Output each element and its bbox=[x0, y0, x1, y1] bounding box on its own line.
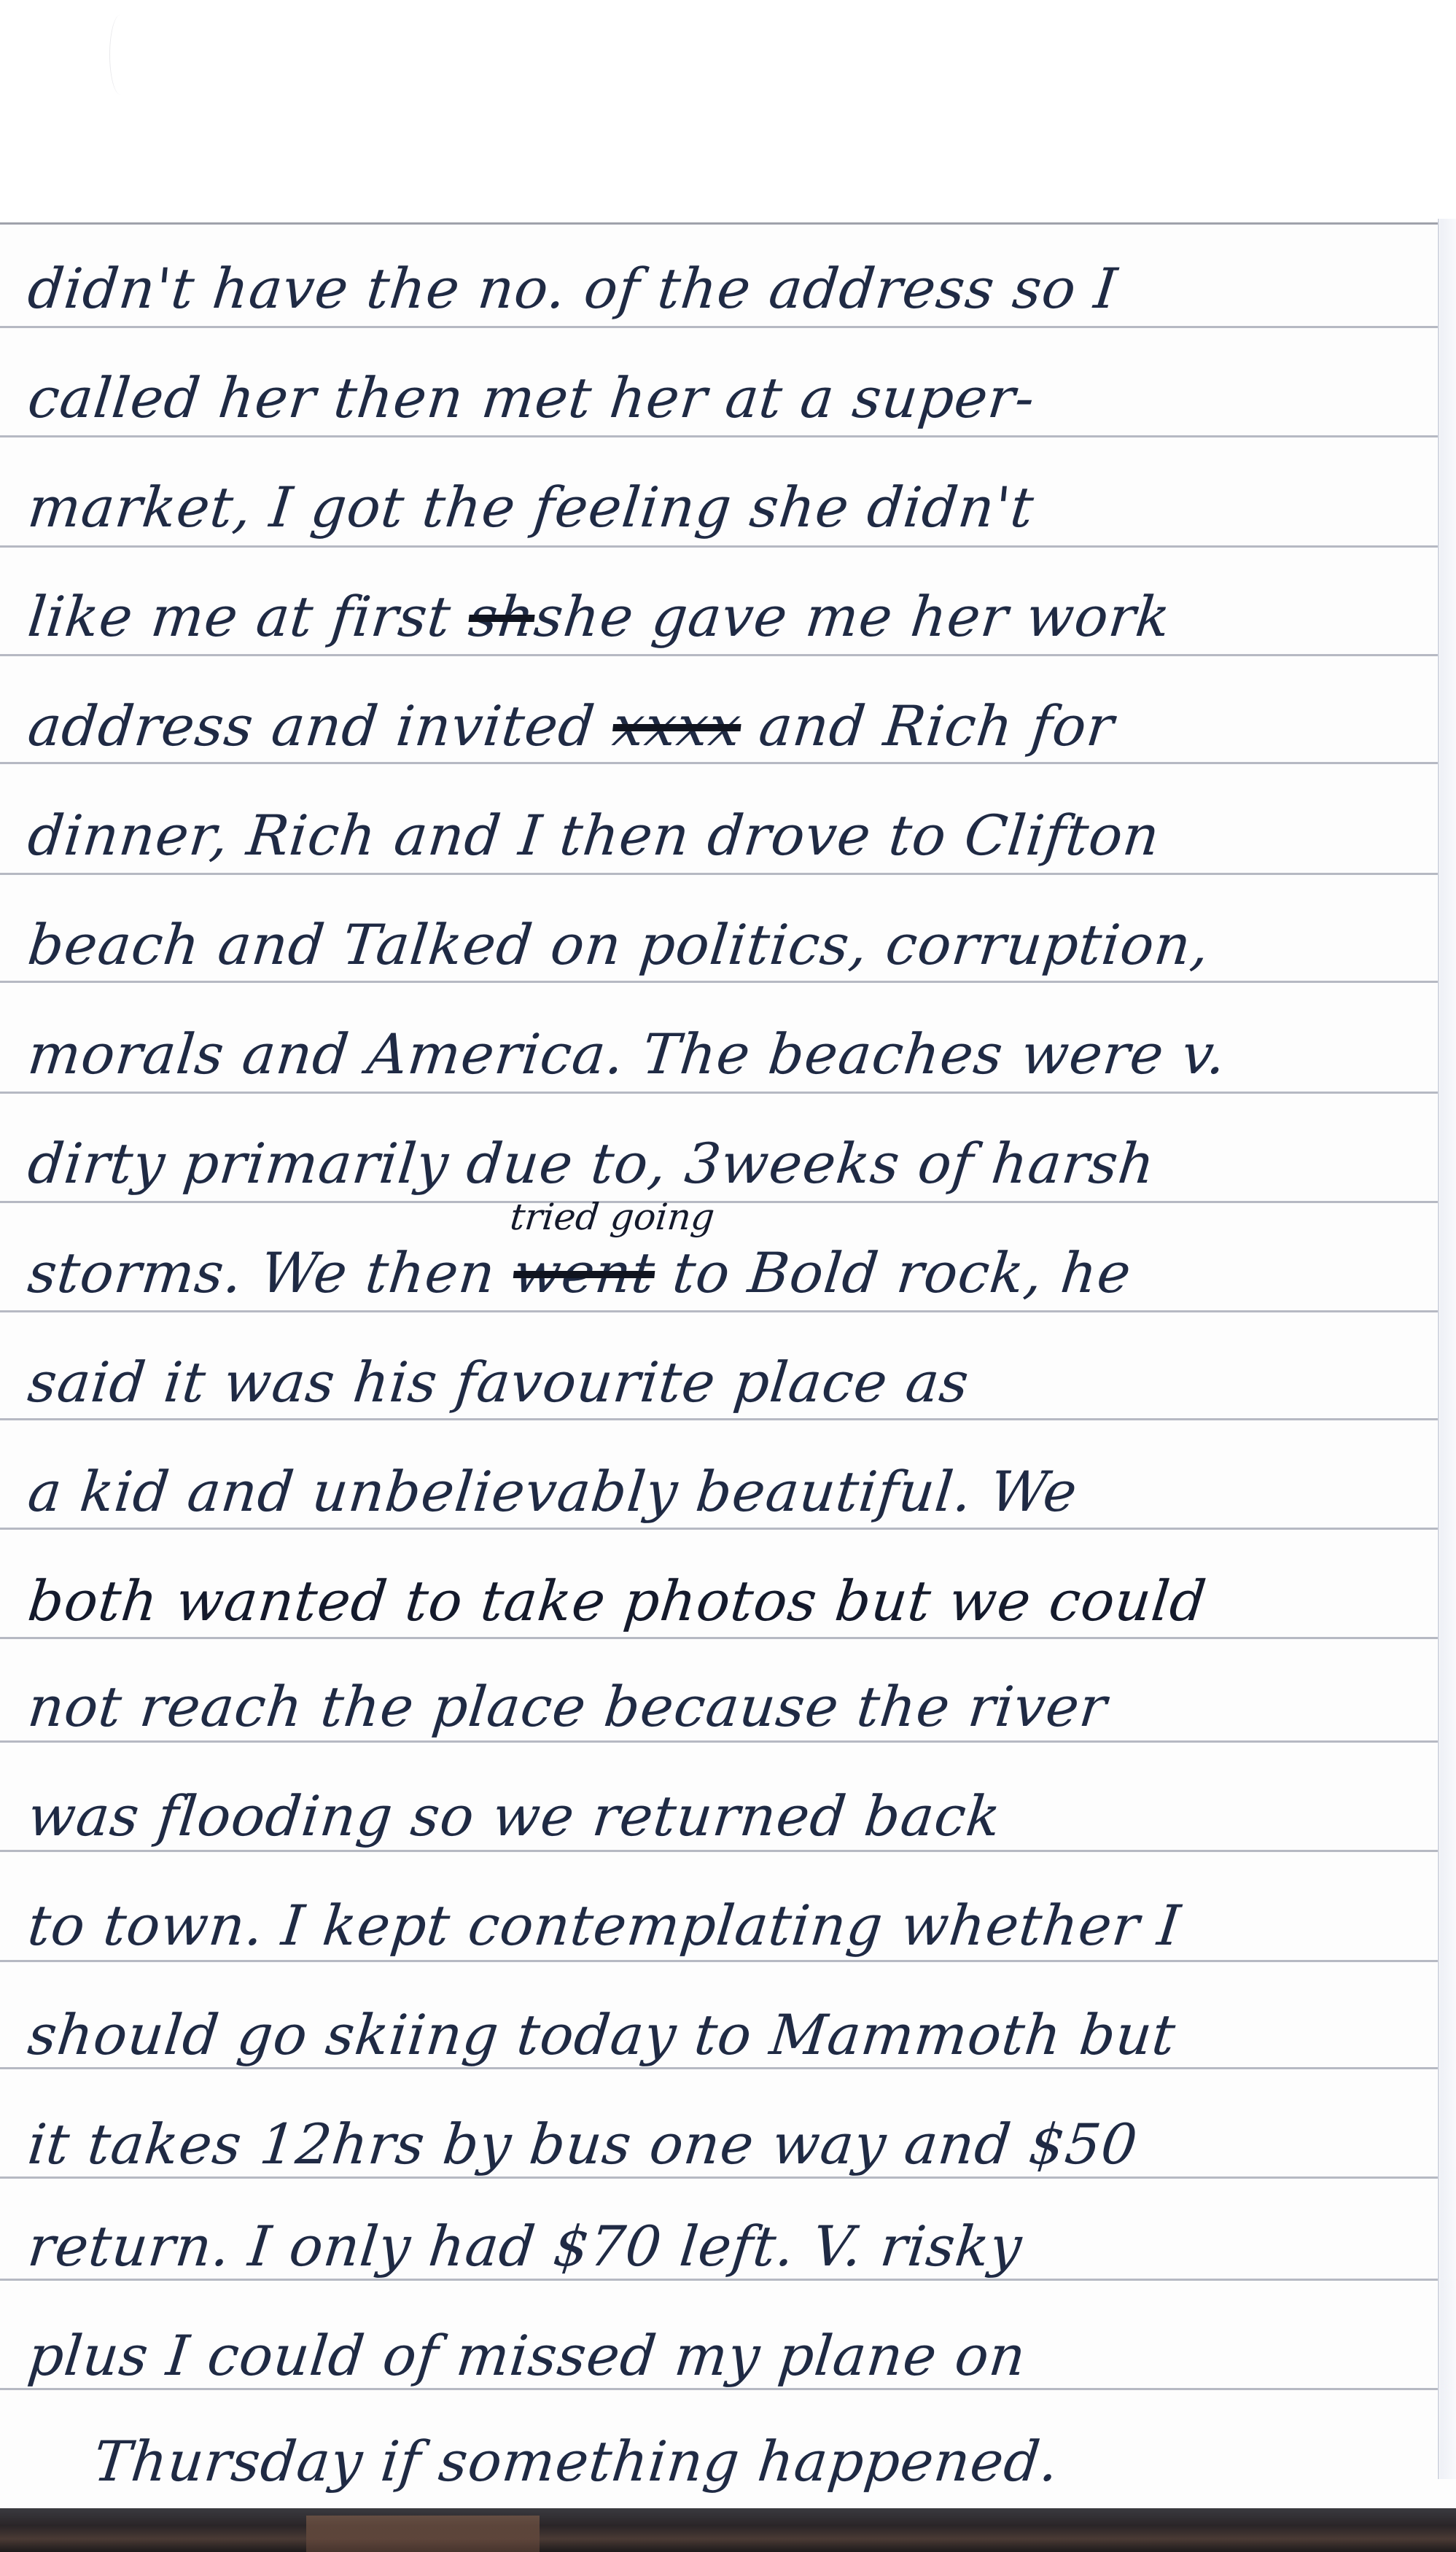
text-line-5: address and invited xxxx and Rich for bbox=[25, 678, 1433, 758]
text-line-16: to town. I kept contemplating whether I bbox=[25, 1878, 1433, 1958]
text-line-9: dirty primarily due to, 3weeks of harsh bbox=[25, 1116, 1433, 1196]
text-line-15: was flooding so we returned back bbox=[25, 1768, 1433, 1848]
text-line-8: morals and America. The beaches were v. bbox=[25, 1006, 1433, 1086]
text-line-7: beach and Talked on politics, corruption… bbox=[25, 897, 1433, 977]
page-bottom-edge bbox=[0, 2508, 1456, 2552]
crossed-out-word: sh bbox=[466, 584, 538, 649]
text-line-10: storms. We then went to Bold rock, he bbox=[25, 1225, 1433, 1305]
text-line-20: plus I could of missed my plane on bbox=[25, 2308, 1433, 2388]
text-line-17: should go skiing today to Mammoth but bbox=[25, 1987, 1433, 2067]
text-line-19: return. I only had $70 left. V. risky bbox=[25, 2198, 1433, 2279]
text-line-6: dinner, Rich and I then drove to Clifton bbox=[25, 787, 1433, 868]
crossed-out-word: xxxx bbox=[610, 693, 744, 758]
text-line-14: not reach the place because the river bbox=[25, 1659, 1433, 1739]
text-line-12: a kid and unbelievably beautiful. We bbox=[25, 1444, 1433, 1524]
text-line-13: both wanted to take photos but we could bbox=[25, 1553, 1433, 1633]
text-line-18: it takes 12hrs by bus one way and $50 bbox=[25, 2096, 1433, 2176]
text-line-21: Thursday if something happened. bbox=[90, 2413, 1456, 2494]
handwritten-text: didn't have the no. of the address so I … bbox=[0, 0, 1456, 2552]
background-surface bbox=[306, 2516, 540, 2552]
text-line-3: market, I got the feeling she didn't bbox=[25, 459, 1433, 540]
text-line-2: called her then met her at a super- bbox=[25, 350, 1433, 430]
crossed-out-word: went bbox=[510, 1240, 658, 1305]
text-line-4: like me at first shshe gave me her work bbox=[25, 569, 1433, 649]
text-line-11: said it was his favourite place as bbox=[25, 1334, 1433, 1415]
notebook-page: didn't have the no. of the address so I … bbox=[0, 0, 1456, 2552]
text-line-1: didn't have the no. of the address so I bbox=[25, 241, 1433, 321]
